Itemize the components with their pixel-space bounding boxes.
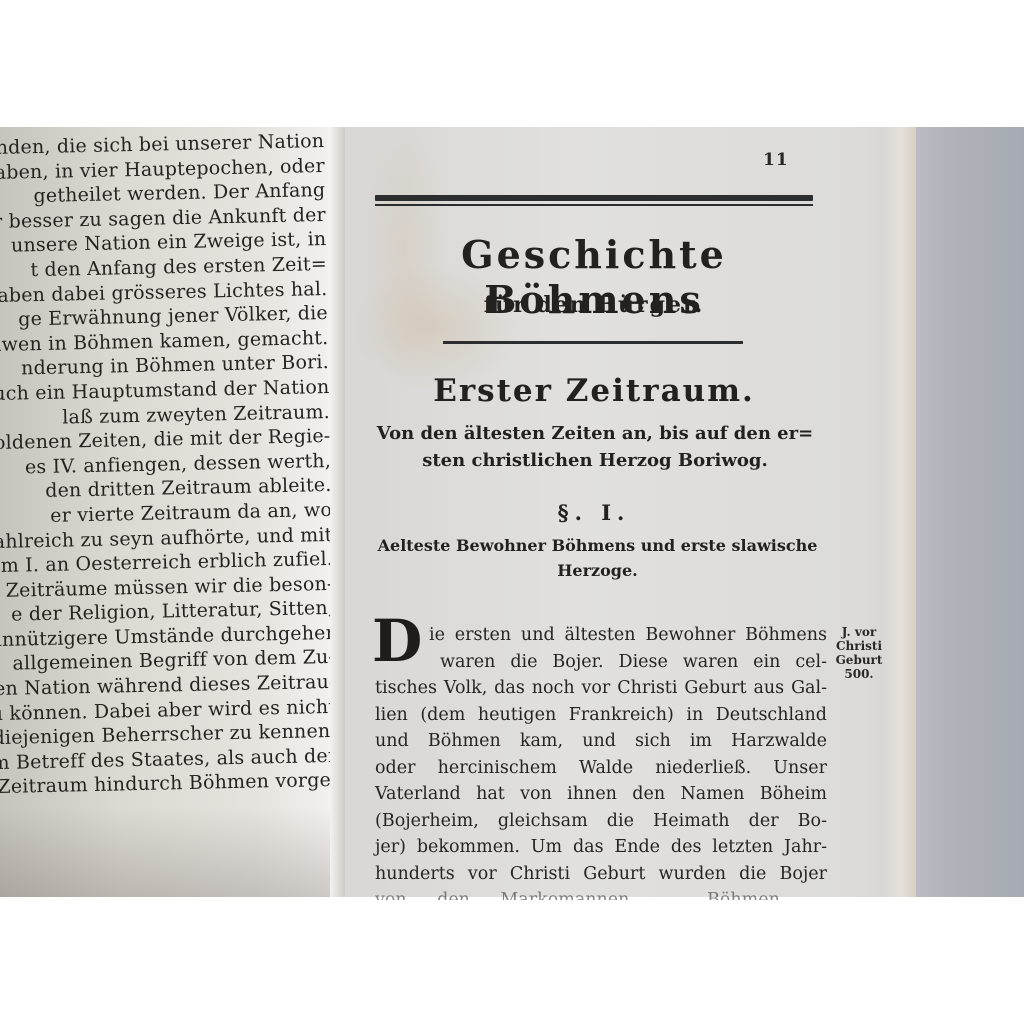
margin-note: J. vor Christi Geburt 500.	[832, 625, 886, 681]
left-page-text: anden, die sich bei unserer Nation ert h…	[0, 129, 338, 801]
book-subtitle: für den Bürger.	[375, 292, 813, 318]
text-line: jer) bekommen. Um das Ende des letzten J…	[375, 834, 827, 861]
text-line: (Bojerheim, gleichsam die Heimath der Bo…	[375, 808, 827, 835]
section-heading: Aelteste Bewohner Böhmens und erste slaw…	[370, 533, 825, 583]
page-edge	[880, 127, 916, 897]
thin-rule	[375, 204, 813, 206]
margin-note-line: 500.	[832, 667, 886, 681]
margin-note-line: J. vor	[832, 625, 886, 639]
chapter-title: Erster Zeitraum.	[375, 373, 813, 409]
single-rule-divider	[443, 341, 743, 344]
left-page: anden, die sich bei unserer Nation ert h…	[0, 127, 338, 897]
margin-note-line: Geburt	[832, 653, 886, 667]
text-line: oder hercinischem Walde niederließ. Unse…	[375, 755, 827, 782]
text-line: Vaterland hat von ihnen den Namen Böheim	[375, 781, 827, 808]
page-shadow	[0, 807, 338, 897]
page-number: 11	[763, 150, 789, 170]
margin-note-line: Christi	[832, 639, 886, 653]
text-line: und Böhmen kam, und sich im Harzwalde	[375, 728, 827, 755]
body-paragraph: ie ersten und ältesten Bewohner Böhmens …	[375, 622, 827, 900]
text-line: lien (dem heutigen Frankreich) in Deutsc…	[375, 702, 827, 729]
text-line: waren die Bojer. Diese waren ein cel-	[375, 649, 827, 676]
section-number: §. I.	[375, 500, 813, 525]
chapter-description-line: sten christlichen Herzog Boriwog.	[370, 447, 820, 474]
text-line: ie ersten und ältesten Bewohner Böhmens	[375, 622, 827, 649]
table-backdrop	[915, 127, 1024, 897]
thick-rule	[375, 195, 813, 201]
text-line: tisches Volk, das noch vor Christi Gebur…	[375, 675, 827, 702]
text-line: hunderts vor Christi Geburt wurden die B…	[375, 861, 827, 888]
section-heading-line: Aelteste Bewohner Böhmens und erste slaw…	[370, 533, 825, 558]
double-rule-divider	[375, 195, 813, 206]
chapter-description: Von den ältesten Zeiten an, bis auf den …	[370, 420, 820, 474]
text-line-cropped: von den Markomannen ... Böhmen ...	[375, 887, 827, 900]
section-heading-line: Herzoge.	[370, 558, 825, 583]
chapter-description-line: Von den ältesten Zeiten an, bis auf den …	[370, 420, 820, 447]
